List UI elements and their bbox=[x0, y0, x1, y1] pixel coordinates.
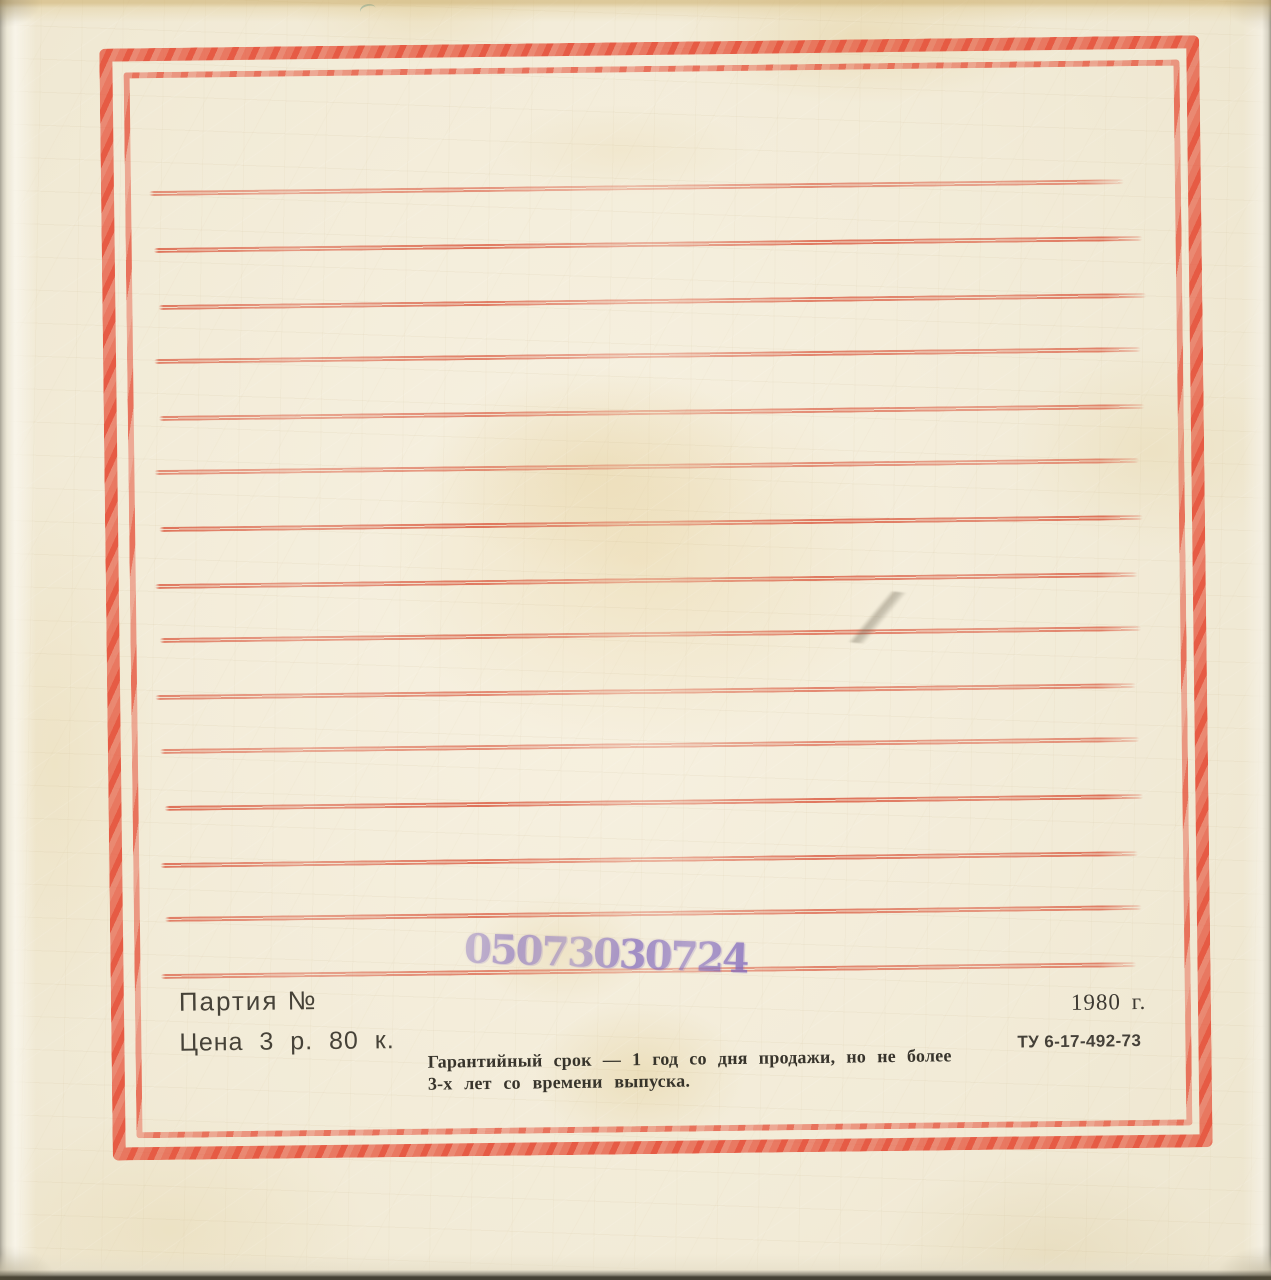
record-sleeve-back: Партия № Цена 3 р. 80 к. 1980 г. ТУ 6-17… bbox=[0, 0, 1271, 1280]
scan-vignette bbox=[0, 0, 1271, 1280]
